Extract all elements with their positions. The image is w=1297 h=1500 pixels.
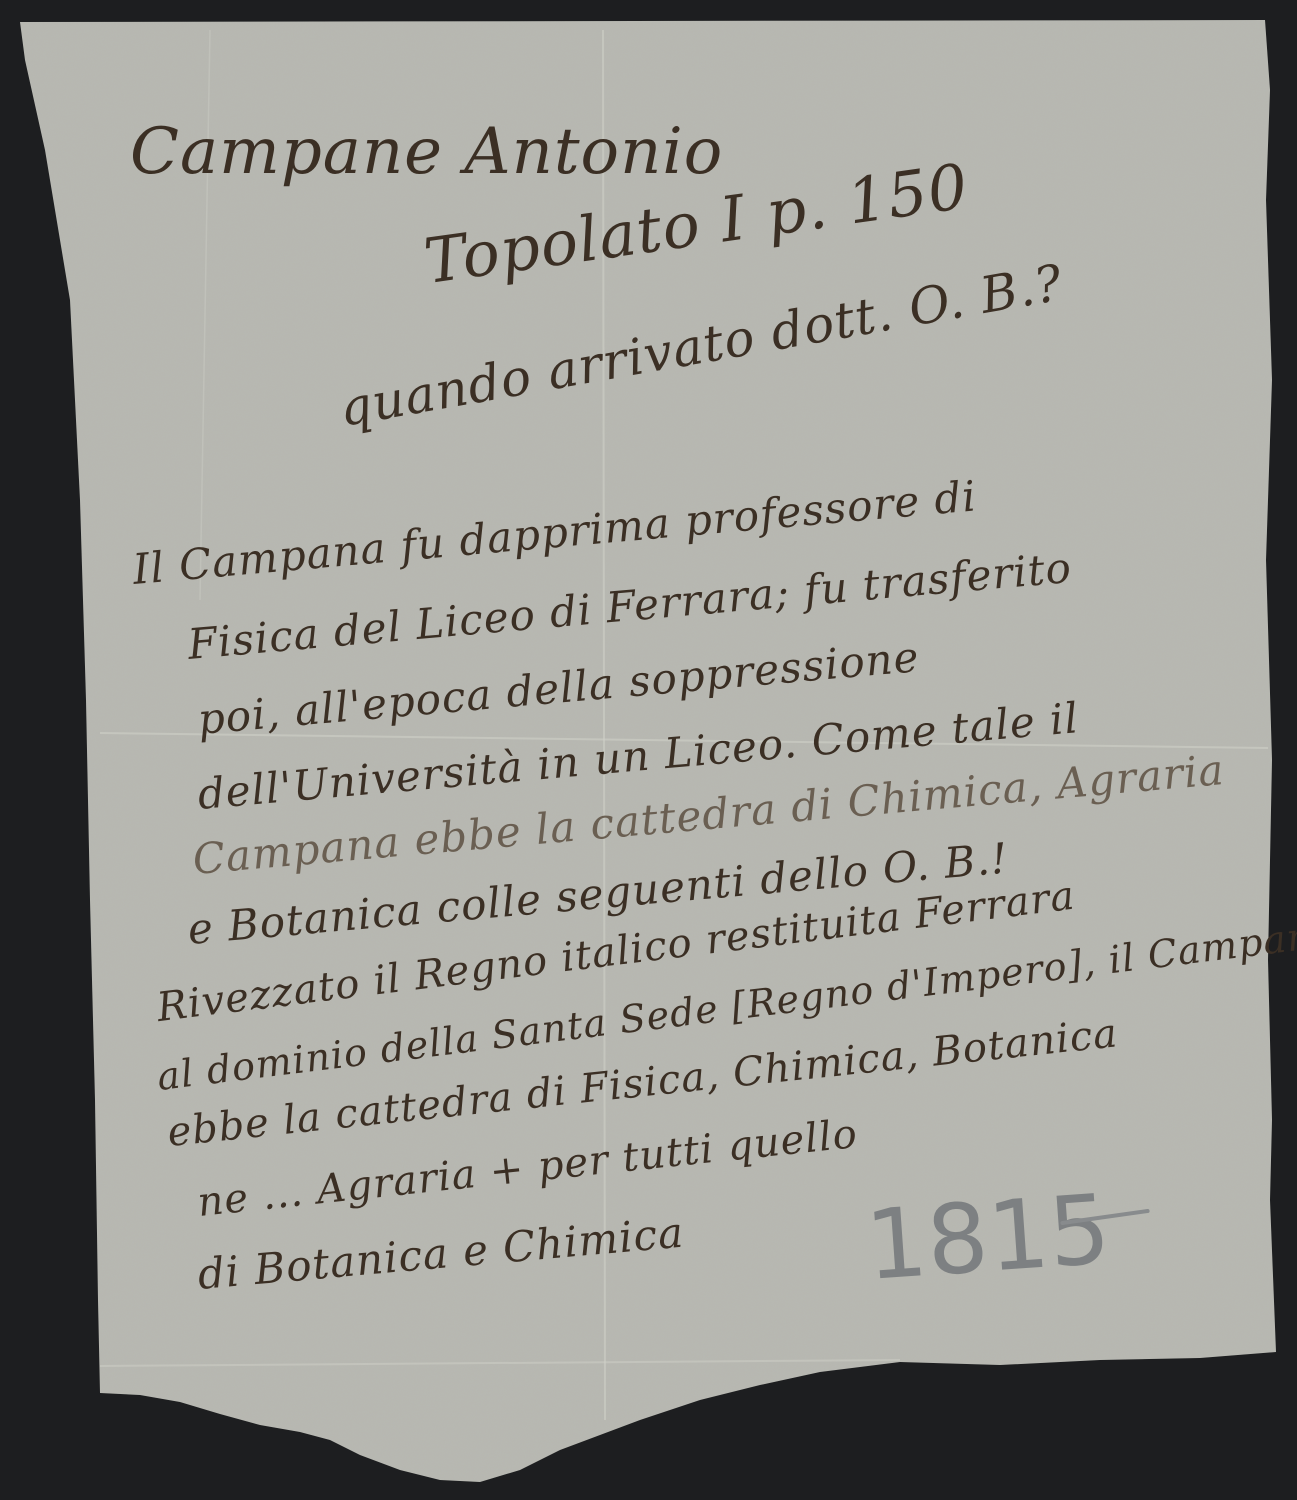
pencil-date-annotation: 1815 [862,1173,1114,1302]
manuscript-page: Campane Antonio Topolato I p. 150 quando… [0,0,1297,1500]
heading-name: Campane Antonio [130,115,723,189]
